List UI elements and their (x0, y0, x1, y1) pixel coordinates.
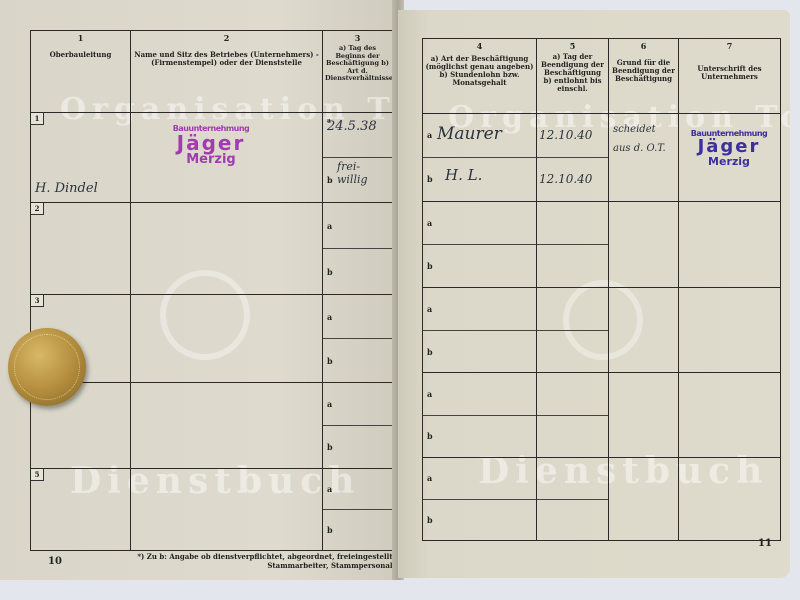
employer-stamp: Bauunternehmung Jäger Merzig (679, 130, 779, 167)
table-row: ab (423, 373, 781, 458)
end-date-cell: 12.10.40 12.10.40 (537, 113, 609, 201)
handwritten-signature: H. Dindel (35, 181, 98, 196)
table-row: ab (423, 201, 781, 288)
table-row: aMaurer bH. L. 12.10.40 12.10.40 scheide… (423, 113, 781, 201)
employer-signature-cell: Bauunternehmung Jäger Merzig (679, 113, 781, 201)
page-number-right: 11 (758, 538, 772, 549)
table-row: 5 ab (31, 469, 393, 551)
header-col-7: 7Unterschrift des Unternehmers (679, 39, 781, 114)
table-row: 2 ab (31, 203, 393, 295)
header-col-4: 4a) Art der Beschäftigung (möglichst gen… (423, 39, 537, 114)
oberbauleitung-cell: 1 H. Dindel (31, 113, 131, 203)
right-page: Organisation Todt Dienstbuch 4a) Art der… (398, 10, 790, 578)
right-record-table: 4a) Art der Beschäftigung (möglichst gen… (422, 38, 781, 541)
header-col-5: 5a) Tag der Beendigung der Beschäftigung… (537, 39, 609, 114)
table-row: 4 ab (31, 383, 393, 469)
company-stamp-cell: Bauunternehmung Jäger Merzig (131, 113, 323, 203)
header-col-2: 2Name und Sitz des Betriebes (Unternehme… (131, 31, 323, 113)
coin-prop (8, 328, 86, 406)
company-stamp: Bauunternehmung Jäger Merzig (141, 125, 281, 166)
left-page: Organisation Todt Dienstbuch 1Oberbaulei… (0, 0, 398, 580)
table-row: ab (423, 458, 781, 541)
termination-reason-cell: scheidet aus d. O.T. (609, 113, 679, 201)
table-row: ab (423, 288, 781, 373)
occupation-cell: aMaurer bH. L. (423, 113, 537, 201)
start-date-cell: a24.5.38 bfrei-willig (323, 113, 393, 203)
left-record-table: 1Oberbauleitung 2Name und Sitz des Betri… (30, 30, 393, 551)
header-col-3: 3a) Tag des Beginns der Beschäftigung b)… (323, 31, 393, 113)
header-col-1: 1Oberbauleitung (31, 31, 131, 113)
table-row: 1 H. Dindel Bauunternehmung Jäger Merzig… (31, 113, 393, 203)
header-col-6: 6Grund für die Beendigung der Beschäftig… (609, 39, 679, 114)
footnote: *) Zu b: Angabe ob dienstverpflichtet, a… (110, 552, 395, 570)
page-number-left: 10 (48, 556, 62, 567)
